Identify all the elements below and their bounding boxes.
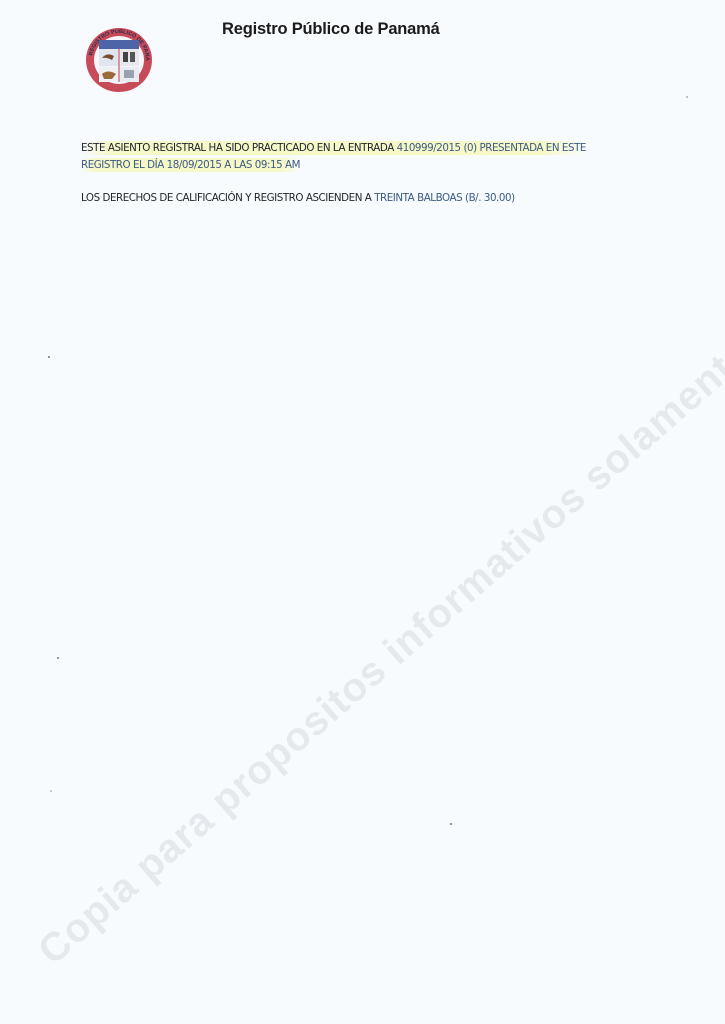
fees-text: LOS DERECHOS DE CALIFICACIÓN Y REGISTRO … (81, 192, 374, 204)
scan-speck (50, 790, 52, 792)
registration-date-line: REGISTRO EL DÍA 18/09/2015 A LAS 09:15 A… (81, 158, 300, 172)
fees-paragraph: LOS DERECHOS DE CALIFICACIÓN Y REGISTRO … (81, 190, 681, 207)
registro-publico-seal-icon: REGISTRO PUBLICO DE PANAMA (82, 24, 156, 94)
watermark: Copia para propositos informativos solam… (30, 331, 725, 974)
entry-number: 410999/2015 (0) PRESENTADA EN ESTE (397, 142, 586, 154)
scan-speck (48, 356, 50, 358)
fees-amount: TREINTA BALBOAS (B/. 30.00) (374, 192, 514, 204)
highlighted-line-1: ESTE ASIENTO REGISTRAL HA SIDO PRACTICAD… (81, 141, 586, 155)
scan-speck (57, 657, 59, 659)
entry-text: ESTE ASIENTO REGISTRAL HA SIDO PRACTICAD… (81, 142, 397, 154)
document-page: REGISTRO PUBLICO DE PANAMA Registro Públ… (0, 0, 725, 1024)
registration-entry-paragraph: ESTE ASIENTO REGISTRAL HA SIDO PRACTICAD… (81, 140, 681, 174)
scan-speck (686, 96, 688, 98)
scan-speck (450, 823, 452, 825)
page-title: Registro Público de Panamá (222, 20, 440, 39)
